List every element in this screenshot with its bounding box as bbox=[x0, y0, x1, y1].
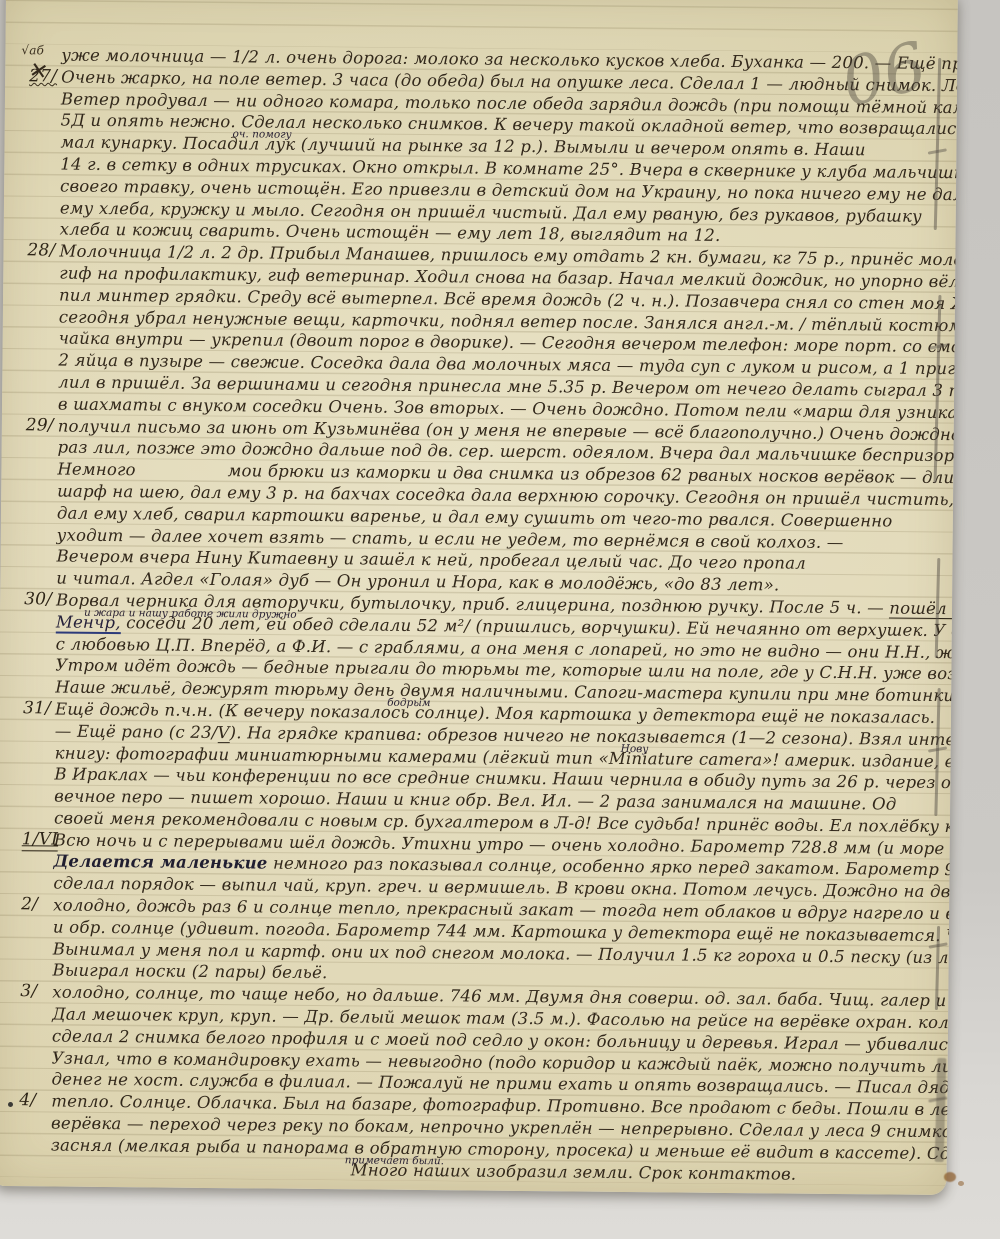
interline-insertion: бодрым bbox=[387, 693, 431, 715]
manuscript-paper: √абуже молочница — 1/2 л. очень дорога: … bbox=[0, 0, 958, 1195]
entry-number: 31/ bbox=[23, 698, 51, 720]
manuscript-line: Много наших изобразил земли. Срок контак… bbox=[351, 1159, 933, 1186]
stain bbox=[944, 1172, 956, 1182]
handwriting-segment: Выиграл носки (2 пары) бельё. bbox=[52, 961, 327, 983]
interline-insertion: Нову bbox=[621, 738, 649, 760]
entry-number: 29/ bbox=[26, 415, 54, 437]
handwriting-segment: — Ещё рано (с 23/ bbox=[55, 721, 218, 742]
stain bbox=[958, 1181, 964, 1186]
scan-background: { "document": { "kind": "handwritten dia… bbox=[0, 0, 1000, 1239]
interline-insertion: примечает были. bbox=[345, 1150, 444, 1173]
handwriting-segment: V bbox=[217, 723, 229, 743]
entry-number: 30/ bbox=[24, 589, 52, 611]
manuscript-text: √абуже молочница — 1/2 л. очень дорога: … bbox=[0, 0, 958, 1187]
entry-number: 1/VI bbox=[22, 829, 59, 852]
handwriting-segment: Делается маленькие bbox=[54, 852, 268, 873]
handwriting-segment: Немного bbox=[57, 460, 135, 480]
handwriting-segment: пошёл с Л.М. bbox=[889, 598, 958, 619]
entry-number: 3/ bbox=[20, 981, 37, 1003]
interline-insertion: оч. помогу bbox=[232, 124, 291, 146]
cross-out-mark: ✕ bbox=[27, 60, 49, 85]
interline-insertion: и жара и нашу работе жили дружно bbox=[84, 602, 297, 626]
entry-number: 2/ bbox=[21, 894, 38, 916]
entry-number: 27/✕ bbox=[29, 66, 57, 88]
entry-number: 28/ bbox=[27, 240, 55, 262]
ink-dot bbox=[8, 1102, 13, 1107]
entry-number: 4/ bbox=[19, 1090, 36, 1112]
